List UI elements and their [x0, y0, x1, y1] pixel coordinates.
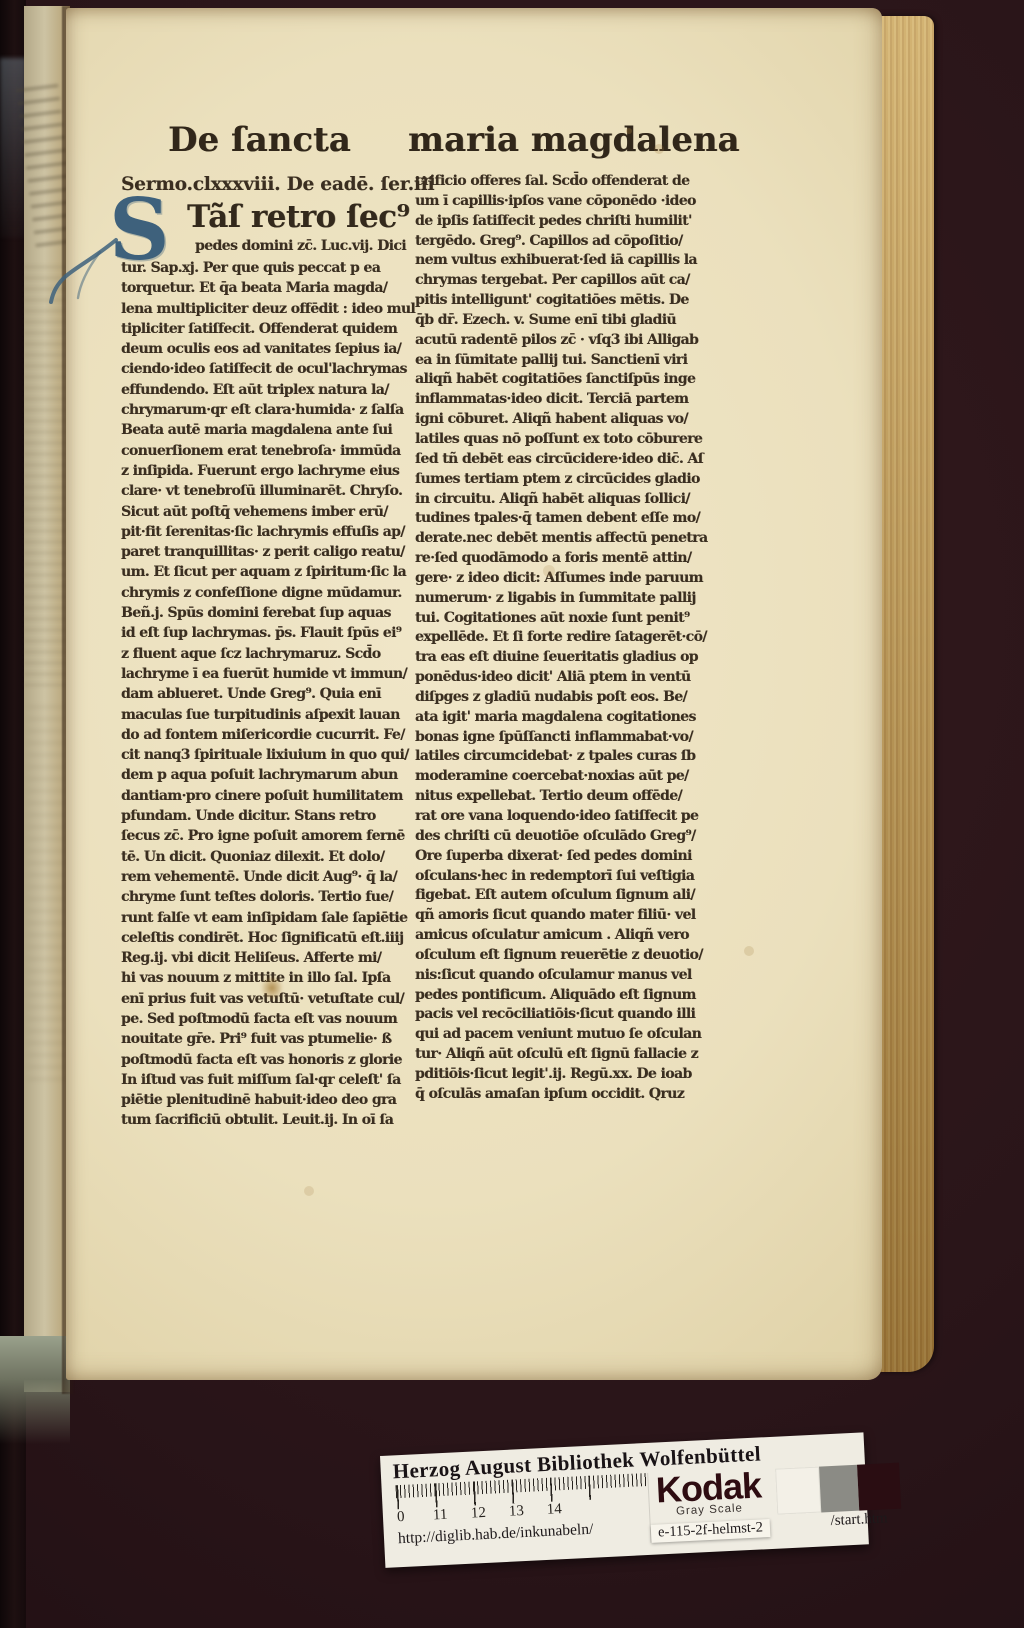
text-line: igni cōburet. Aliqñ habent aliquas vo/: [415, 410, 715, 430]
text-line: Beata autē maria magdalena ante ſui: [121, 420, 413, 440]
text-line: ſecus zc̄. Pro igne poſuit amorem fernē: [121, 826, 413, 846]
text-line: um ī capillis·ipſos vane cōponēdo ·ideo: [415, 192, 715, 212]
gray-patch-mid: [819, 1465, 859, 1513]
text-line: id eſt ſup lachrymas. p̄s. Flauit ſpūs e…: [121, 623, 413, 643]
text-line: latiles circumcidebat· z tpales curas ſb: [415, 747, 715, 767]
text-line: um. Et ſicut per aquam z ſpiritum·ſic la: [121, 562, 413, 582]
running-header: De ſancta maria magdalena: [66, 120, 882, 164]
text-line: tra eas eſt diuine ſeueritatis gladius o…: [415, 648, 715, 668]
kodak-block: Kodak Gray Scale e-115-2f-helmst-2: [647, 1467, 770, 1543]
spine-label: [0, 58, 26, 238]
text-line: q̄ oſculās amaſan ipſum occidit. Qruz: [415, 1085, 715, 1105]
text-line: Beñ.j. Spūs domini ferebat ſup aquas: [121, 603, 413, 623]
text-line: figebat. Eſt autem oſculum ſignum ali/: [415, 886, 715, 906]
text-line: re·ſed quodāmodo a foris mentē attin/: [415, 549, 715, 569]
shelfmark-label: e-115-2f-helmst-2: [651, 1519, 771, 1543]
running-header-left: De ſancta: [168, 120, 351, 160]
text-line: conuerſionem erat tenebroſa· immūda: [121, 441, 413, 461]
text-line: nitus expellebat. Tertio deum offēde/: [415, 787, 715, 807]
text-line: crificio offeres ſal. Scd̄o offenderat d…: [415, 172, 715, 192]
kodak-logo: Kodak: [648, 1468, 768, 1507]
book-page: De ſancta maria magdalena Sermo.clxxxvii…: [66, 8, 882, 1380]
text-line: tui. Cogitationes aūt noxie ſunt penit⁹: [415, 609, 715, 629]
text-line: pe. Sed poſtmodū facta eſt vas nouum: [121, 1009, 413, 1029]
start-htm-label: /start.htm: [830, 1510, 888, 1530]
patch-row: [775, 1463, 901, 1515]
text-line: 14: [546, 1501, 562, 1519]
text-line: qñ amoris ſicut quando mater filiū· vel: [415, 906, 715, 926]
text-line: effundendo. Eſt aūt triplex natura la/: [121, 380, 413, 400]
text-line: q̄b dr̄. Ezech. v. Sume enī tibi gladiū: [415, 311, 715, 331]
text-line: pacis vel recōciliatiōis·ſicut quando il…: [415, 1005, 715, 1025]
text-line: latiles quas nō poſſunt ex toto cōburere: [415, 430, 715, 450]
text-line: poſtmodū facta eſt vas honoris z glorie: [121, 1050, 413, 1070]
text-line: numerum· z ligabis in ſummitate pallij: [415, 589, 715, 609]
photo-background: De ſancta maria magdalena Sermo.clxxxvii…: [0, 0, 1024, 1628]
ruler: 011121314 http://diglib.hab.de/inkunabel…: [381, 1473, 650, 1556]
text-line: pit·fit ſerenitas·ſic lachrymis effuſis …: [121, 522, 413, 542]
text-line: ata igit' maria magdalena cogitationes: [415, 708, 715, 728]
text-line: deum oculis eos ad vanitates ſepius ia/: [121, 339, 413, 359]
text-line: tur· Aliqñ aūt oſculū eſt ſignū fallacie…: [415, 1045, 715, 1065]
text-line: rem vehementē. Unde dicit Aug⁹· q̄ la/: [121, 867, 413, 887]
facing-page-bottom: [0, 1336, 70, 1444]
reference-card: Herzog August Bibliothek Wolfenbüttel 01…: [380, 1432, 869, 1568]
gray-scale-patches: /start.htm: [767, 1461, 902, 1537]
text-line: nouitate gr̄e. Pri⁹ fuit vas ptumelie· ß: [121, 1029, 413, 1049]
text-line: expellēde. Et ſi forte redire ſatagerēt·…: [415, 628, 715, 648]
text-line: nem vultus exhibuerat·ſed iā capillis la: [415, 251, 715, 271]
right-column-lines: crificio offeres ſal. Scd̄o offenderat d…: [415, 172, 715, 1105]
text-line: lena multipliciter deuz offēdit : ideo m…: [121, 299, 413, 319]
text-line: Sicut aūt poſtq̄ vehemens imber erū/: [121, 502, 413, 522]
right-text-column: crificio offeres ſal. Scd̄o offenderat d…: [415, 172, 715, 1105]
text-line: In iſtud vas fuit miſſum ſal·qr celeſt' …: [121, 1070, 413, 1090]
show-through-text: [28, 706, 66, 1086]
text-line: pditiōis·ſicut legit'.ij. Regū.xx. De io…: [415, 1065, 715, 1085]
text-line: chrymis z confeſſione digne mūdamur.: [121, 583, 413, 603]
text-line: z fluent aque ſcz lachrymaruz. Scd̄o: [121, 644, 413, 664]
text-line: pitis intelligunt' cogitatiōes mētis. De: [415, 291, 715, 311]
text-line: tum ſacrificiū obtulit. Leuit.ij. In oī …: [121, 1110, 413, 1130]
foxing-spots: [626, 128, 632, 134]
ink-stain: [256, 971, 288, 1005]
gray-patch-white: [775, 1467, 821, 1515]
text-line: rat ore vana loquendo·ideo ſatiſfecit pe: [415, 807, 715, 827]
text-line: ponēdus·ideo dicit' Aliā ptem in ventū: [415, 668, 715, 688]
text-line: pedes pontificum. Aliquādo eſt ſignum: [415, 986, 715, 1006]
text-line: tē. Un dicit. Quoniaz dilexit. Et dolo/: [121, 847, 413, 867]
text-line: nis:ſicut quando oſculamur manus vel: [415, 966, 715, 986]
text-line: moderamine coercebat·noxias aūt pe/: [415, 767, 715, 787]
text-line: 12: [471, 1505, 487, 1523]
text-line: de ipſis ſatiſfecit pedes chriſti humili…: [415, 212, 715, 232]
text-line: clare· vt tenebroſū illuminarēt. Chryſo.: [121, 481, 413, 501]
text-line: qui ad pacem veniunt mutuo ſe oſculan: [415, 1025, 715, 1045]
incipit-text: Tãſ retro ſec⁹: [187, 198, 413, 236]
text-line: tudines tpales·q̄ tamen debent eſſe mo/: [415, 509, 715, 529]
text-line: 11: [433, 1507, 448, 1525]
text-line: chrymarum·qr eſt clara·humida· z ſalſa: [121, 400, 413, 420]
incipit-block: S Tãſ retro ſec⁹ pedes domini zc̄. Luc.v…: [121, 198, 413, 258]
text-line: oſculans·hec in redemptorī ſui veſtigia: [415, 867, 715, 887]
text-line: acutū radentē pilos zc̄ · vſq3 ibi Allig…: [415, 331, 715, 351]
text-line: dantiam·pro cinere poſuit humilitatem: [121, 786, 413, 806]
text-line: bonas igne ſpūſſancti inflammabat·vo/: [415, 728, 715, 748]
text-line: tergēdo. Greg⁹. Capillos ad cōpoſitio/: [415, 232, 715, 252]
text-line: pedes domini zc̄. Luc.vij. Dici: [195, 236, 413, 256]
text-line: oſculum eſt ſignum reuerētie z deuotio/: [415, 946, 715, 966]
text-line: do ad fontem miſericordie cucurrit. Fe/: [121, 725, 413, 745]
text-line: Ore ſuperba dixerat· ſed pedes domini: [415, 847, 715, 867]
text-line: in circuitu. Aliqñ habēt aliquas ſollici…: [415, 490, 715, 510]
text-line: derate.nec debēt mentis affectū penetra: [415, 529, 715, 549]
text-line: maculas ſue turpitudinis aſpexit lauan: [121, 705, 413, 725]
text-line: gere· z ideo dicit: Aſſumes inde paruum: [415, 569, 715, 589]
text-line: inflammatas·ideo dicit. Terciā partem: [415, 390, 715, 410]
text-line: Reg.ij. vbi dicit Heliſeus. Afferte mi/: [121, 948, 413, 968]
text-line: diſpges z gladiū nudabis poſt eos. Be/: [415, 688, 715, 708]
text-line: torquetur. Et q̄a beata Maria magda/: [121, 278, 413, 298]
running-header-right: maria magdalena: [408, 120, 740, 160]
text-line: 13: [508, 1503, 524, 1521]
text-line: z inſipida. Fuerunt ergo lachryme eius: [121, 461, 413, 481]
text-line: ſed tñ debēt eas circūcidere·ideo dic̄. …: [415, 450, 715, 470]
text-line: celeſtis condirēt. Hoc ſignificatū eſt.i…: [121, 928, 413, 948]
gray-patch-dark: [857, 1463, 901, 1511]
text-line: tipliciter ſatiſfecit. Offenderat quidem: [121, 319, 413, 339]
text-line: paret tranquillitas· z perit caligo reat…: [121, 542, 413, 562]
page-fore-edge: [876, 16, 934, 1372]
initial-flourish: [48, 234, 122, 308]
text-line: chryme ſunt teſtes doloris. Tertio fue/: [121, 887, 413, 907]
text-line: aliqñ habēt cogitatiōes ſanctiſpūs inge: [415, 370, 715, 390]
text-line: ſumes tertiam ptem z circūcides gladio: [415, 470, 715, 490]
text-line: chrymas tergebat. Per capillos aūt ca/: [415, 271, 715, 291]
text-line: ciendo·ideo ſatiſfecit de ocul'lachrymas: [121, 359, 413, 379]
text-line: piētie plenitudinē habuit·ideo deo gra: [121, 1090, 413, 1110]
text-line: pfundam. Unde dicitur. Stans retro: [121, 806, 413, 826]
text-line: dam ablueret. Unde Greg⁹. Quia enī: [121, 684, 413, 704]
text-line: 0: [397, 1509, 405, 1526]
text-line: des chriſti cū deuotiōe oſculādo Greg⁹/: [415, 827, 715, 847]
text-line: dem p aqua poſuit lachrymarum abun: [121, 765, 413, 785]
text-line: ea in ſūmitate pallij tui. Sanctienī vir…: [415, 351, 715, 371]
text-line: lachryme ī ea fuerūt humide vt immun/: [121, 664, 413, 684]
text-line: cit nanq3 ſpirituale lixiuium in quo qui…: [121, 745, 413, 765]
text-line: runt falſe vt eam inſipidam ſale ſapiēti…: [121, 908, 413, 928]
text-line: amicus oſculatur amicum . Aliqñ vero: [415, 926, 715, 946]
